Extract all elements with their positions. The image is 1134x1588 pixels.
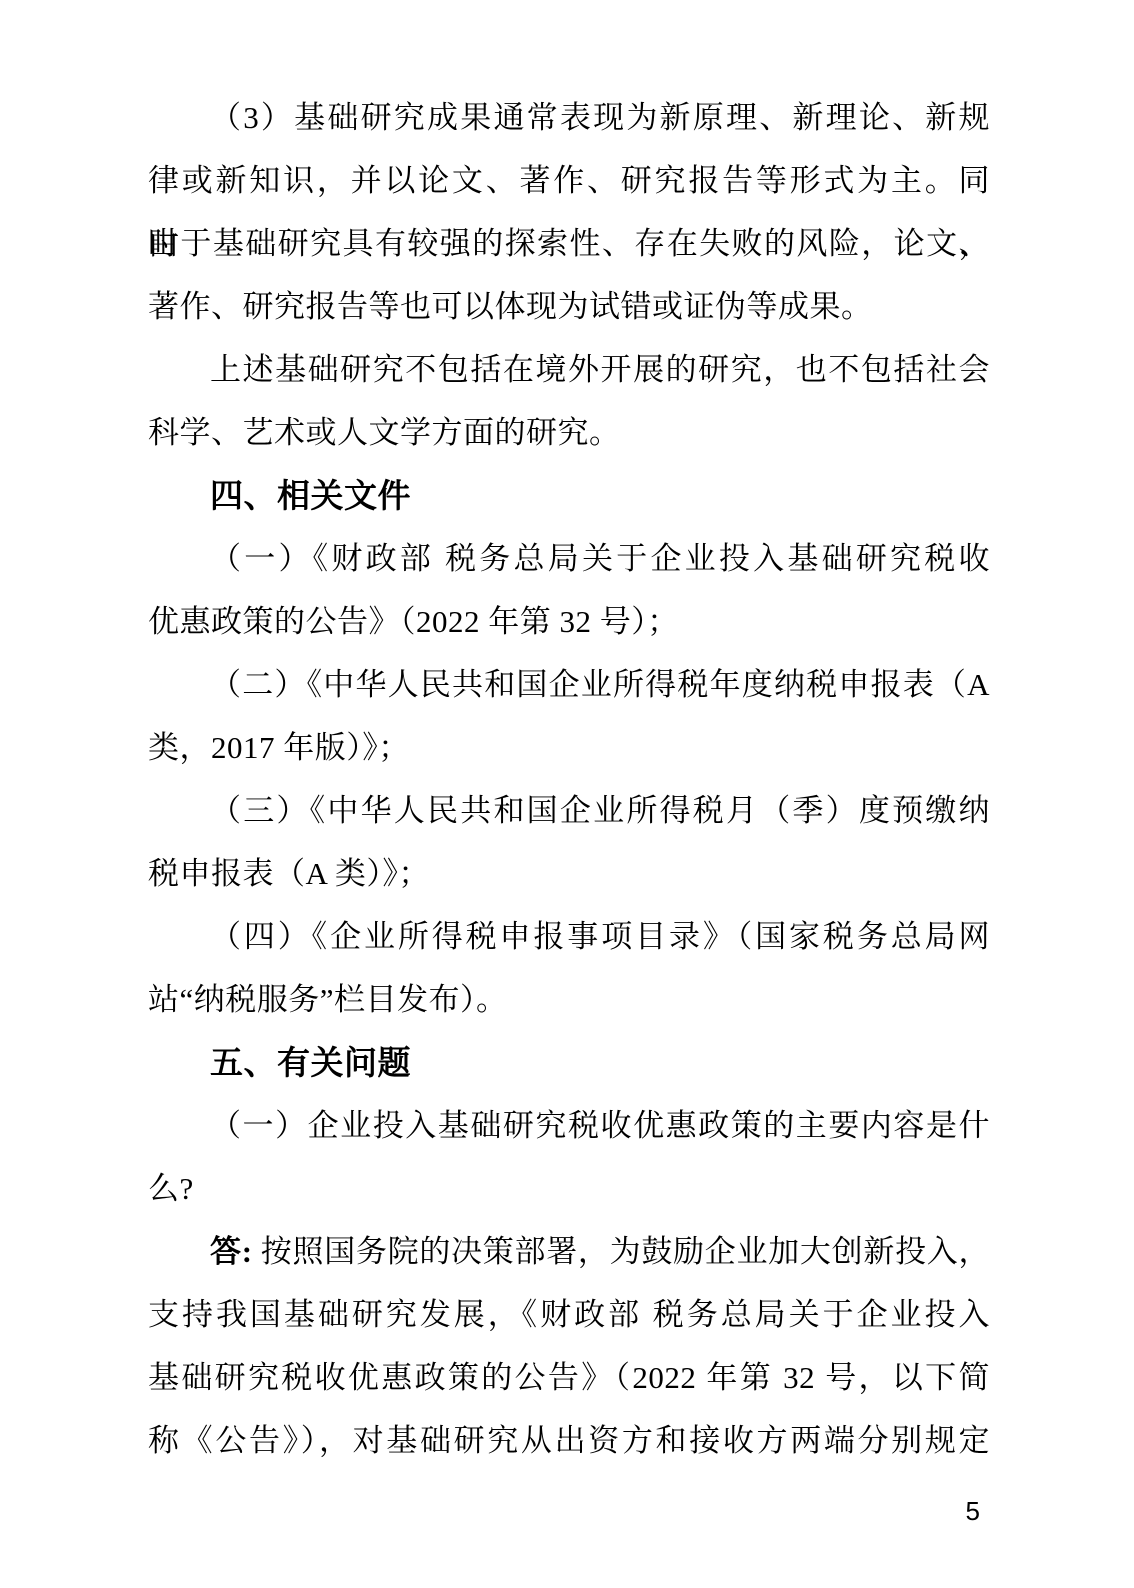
section-heading-questions: 五、有关问题: [148, 1031, 990, 1094]
document-page: （3）基础研究成果通常表现为新原理、新理论、新规 律或新知识，并以论文、著作、研…: [0, 0, 1134, 1588]
paragraph-line: （3）基础研究成果通常表现为新原理、新理论、新规: [148, 86, 990, 149]
paragraph-line: （二）《中华人民共和国企业所得税年度纳税申报表（A: [148, 653, 990, 716]
page-body: （3）基础研究成果通常表现为新原理、新理论、新规 律或新知识，并以论文、著作、研…: [148, 86, 990, 1472]
answer-label: 答:: [210, 1234, 253, 1269]
answer-line: 答:按照国务院的决策部署，为鼓励企业加大创新投入，: [148, 1220, 990, 1283]
paragraph-line: 基础研究税收优惠政策的公告》（2022 年第 32 号，以下简: [148, 1346, 990, 1409]
paragraph-line: 类，2017 年版）》；: [148, 716, 990, 779]
question-line: （一）企业投入基础研究税收优惠政策的主要内容是什: [148, 1094, 990, 1157]
paragraph-line: （一）《财政部 税务总局关于企业投入基础研究税收: [148, 527, 990, 590]
paragraph-line: 科学、艺术或人文学方面的研究。: [148, 401, 990, 464]
paragraph-line: 著作、研究报告等也可以体现为试错或证伪等成果。: [148, 275, 990, 338]
paragraph-line: （三）《中华人民共和国企业所得税月（季）度预缴纳: [148, 779, 990, 842]
answer-text: 按照国务院的决策部署，为鼓励企业加大创新投入，: [261, 1234, 990, 1269]
paragraph-line: 由于基础研究具有较强的探索性、存在失败的风险，论文、: [148, 212, 990, 275]
paragraph-line: 上述基础研究不包括在境外开展的研究，也不包括社会: [148, 338, 990, 401]
paragraph-line: 支持我国基础研究发展，《财政部 税务总局关于企业投入: [148, 1283, 990, 1346]
paragraph-line: 律或新知识，并以论文、著作、研究报告等形式为主。同时，: [148, 149, 990, 212]
page-number: 5: [966, 1496, 980, 1526]
paragraph-line: 优惠政策的公告》（2022 年第 32 号）；: [148, 590, 990, 653]
section-heading-related-documents: 四、相关文件: [148, 464, 990, 527]
paragraph-line: 税申报表（A 类）》；: [148, 842, 990, 905]
question-line: 么?: [148, 1157, 990, 1220]
paragraph-line: （四）《企业所得税申报事项目录》（国家税务总局网: [148, 905, 990, 968]
paragraph-line: 站“纳税服务”栏目发布）。: [148, 968, 990, 1031]
paragraph-line: 称《公告》），对基础研究从出资方和接收方两端分别规定: [148, 1409, 990, 1472]
